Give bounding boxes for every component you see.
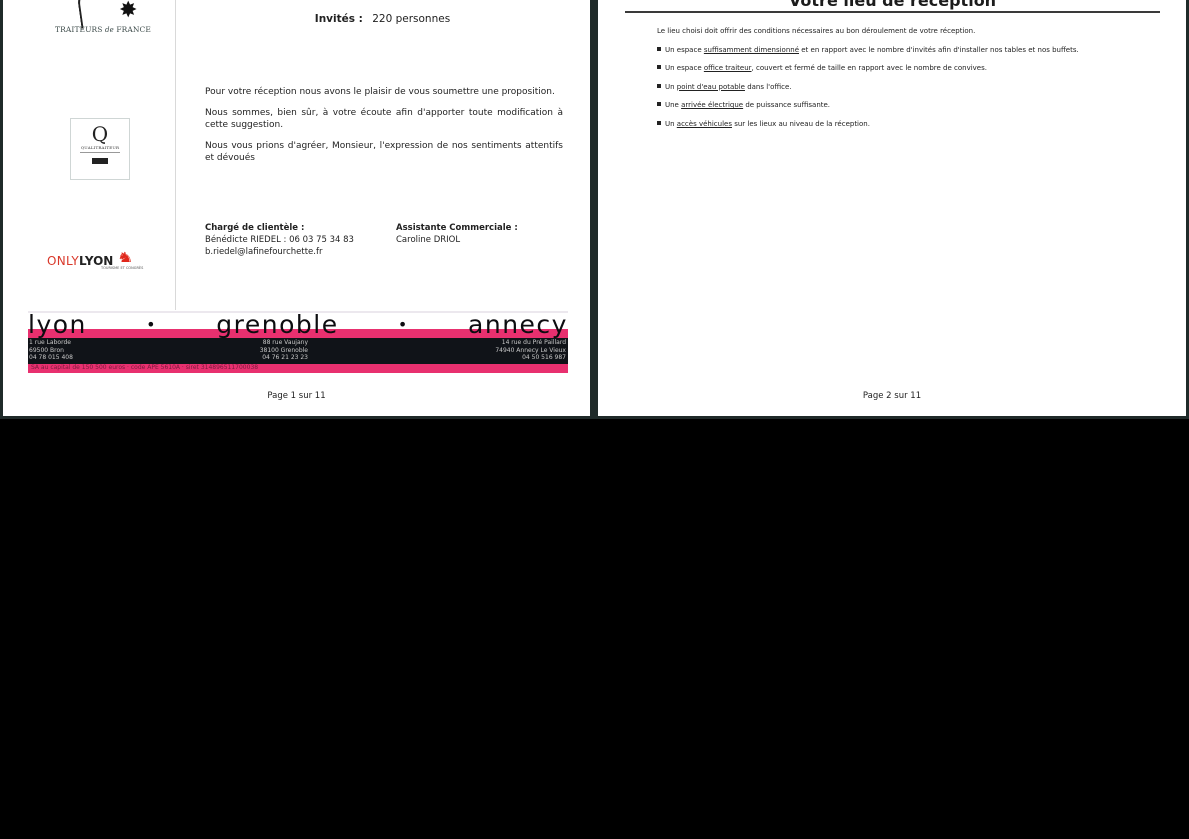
requirement-text: Un — [665, 83, 677, 91]
address-phone: 04 78 015 408 — [29, 354, 73, 362]
requirement-text: Un espace — [665, 64, 704, 72]
cover-letter: Pour votre réception nous avons le plais… — [205, 86, 563, 173]
requirement-item: Un espace office traiteur, couvert et fe… — [657, 64, 1127, 73]
requirement-emphasis: office traiteur — [704, 64, 752, 72]
square-bullet-icon — [657, 84, 661, 88]
assistant-contact: Assistante Commerciale : Caroline DRIOL — [396, 222, 518, 246]
requirement-emphasis: accès véhicules — [677, 120, 732, 128]
guest-count: Invités : 220 personnes — [175, 13, 590, 25]
square-bullet-icon — [657, 121, 661, 125]
requirement-emphasis: arrivée électrique — [681, 101, 743, 109]
lion-icon: ♞ — [116, 250, 134, 266]
requirement-item: Un point d'eau potable dans l'office. — [657, 83, 1127, 92]
requirement-text: , couvert et fermé de taille en rapport … — [752, 64, 987, 72]
page-number: Page 2 sur 11 — [598, 391, 1186, 401]
page-number: Page 1 sur 11 — [3, 391, 590, 401]
address-line: 1 rue Laborde — [29, 339, 73, 347]
square-bullet-icon — [657, 47, 661, 51]
requirement-emphasis: suffisamment dimensionné — [704, 46, 799, 54]
title-rule — [625, 11, 1160, 13]
requirement-item: Une arrivée électrique de puissance suff… — [657, 101, 1127, 110]
onlylyon-tagline: TOURISME ET CONGRÈS — [101, 266, 143, 270]
requirement-text: de puissance suffisante. — [743, 101, 830, 109]
account-manager-contact: Chargé de clientèle : Bénédicte RIEDEL :… — [205, 222, 354, 258]
column-divider — [175, 0, 176, 310]
intro-text: Le lieu choisi doit offrir des condition… — [657, 27, 1127, 36]
requirement-item: Un espace suffisamment dimensionné et en… — [657, 46, 1127, 55]
document-page-2[interactable]: Votre lieu de réception Le lieu choisi d… — [598, 0, 1186, 416]
address-annecy: 14 rue du Pré Paillard 74940 Annecy Le V… — [495, 339, 566, 362]
traiteurs-de-france-logo: ✸ TRAITEURS de FRANCE — [53, 0, 153, 40]
onlylyon-logo: ONLYLYON ♞ TOURISME ET CONGRÈS — [47, 250, 157, 276]
logo-word: FRANCE — [116, 25, 151, 34]
assistant-name: Caroline DRIOL — [396, 234, 518, 246]
banner-cities: lyon • grenoble • annecy — [28, 313, 568, 337]
address-phone: 04 50 516 987 — [495, 354, 566, 362]
letter-paragraph: Nous vous prions d'agréer, Monsieur, l'e… — [205, 140, 563, 164]
address-line: 14 rue du Pré Paillard — [495, 339, 566, 347]
guests-label: Invités : — [315, 13, 363, 25]
requirement-text: Un — [665, 120, 677, 128]
city-lyon: lyon — [28, 313, 87, 337]
requirement-item: Un accès véhicules sur les lieux au nive… — [657, 120, 1127, 129]
locations-banner: lyon • grenoble • annecy 1 rue Laborde 6… — [28, 316, 568, 373]
account-manager-title: Chargé de clientèle : — [205, 222, 354, 234]
logo-word: de — [105, 26, 114, 34]
logo-word: TRAITEURS — [55, 25, 103, 34]
address-line: 69500 Bron — [29, 347, 73, 355]
qualitraiteur-logo: Q QUALITRAITEUR — [70, 118, 130, 180]
requirement-text: Un espace — [665, 46, 704, 54]
assistant-title: Assistante Commerciale : — [396, 222, 518, 234]
qualitraiteur-q-mark: Q — [71, 123, 129, 145]
traiteurs-logo-text: TRAITEURS de FRANCE — [53, 25, 153, 34]
letter-paragraph: Pour votre réception nous avons le plais… — [205, 86, 563, 98]
guests-value: 220 personnes — [372, 13, 450, 25]
logo-rule — [80, 152, 120, 153]
square-bullet-icon — [657, 102, 661, 106]
requirement-emphasis: point d'eau potable — [677, 83, 745, 91]
square-bullet-icon — [657, 65, 661, 69]
onlylyon-only: ONLY — [47, 254, 79, 268]
requirement-text: sur les lieux au niveau de la réception. — [732, 120, 870, 128]
account-manager-phone: Bénédicte RIEDEL : 06 03 75 34 83 — [205, 234, 354, 246]
city-separator: • — [398, 313, 409, 337]
certification-badge-icon — [92, 158, 108, 164]
address-line: 74940 Annecy Le Vieux — [495, 347, 566, 355]
section-title: Votre lieu de réception — [625, 0, 1160, 10]
document-page-1[interactable]: ✸ TRAITEURS de FRANCE Q QUALITRAITEUR ON… — [3, 0, 590, 416]
address-lyon: 1 rue Laborde 69500 Bron 04 78 015 408 — [29, 339, 73, 362]
address-grenoble: 88 rue Vaujany 38100 Grenoble 04 76 21 2… — [228, 339, 308, 362]
venue-requirements: Le lieu choisi doit offrir des condition… — [657, 27, 1127, 138]
legal-mention: SA au capital de 150 500 euros · code AP… — [31, 364, 258, 372]
account-manager-email[interactable]: b.riedel@lafinefourchette.fr — [205, 246, 354, 258]
city-separator: • — [146, 313, 157, 337]
letter-paragraph: Nous sommes, bien sûr, à votre écoute af… — [205, 107, 563, 131]
address-phone: 04 76 21 23 23 — [228, 354, 308, 362]
city-grenoble: grenoble — [216, 313, 338, 337]
city-annecy: annecy — [468, 313, 568, 337]
star-icon: ✸ — [119, 0, 137, 22]
requirement-text: et en rapport avec le nombre d'invités a… — [799, 46, 1079, 54]
address-line: 38100 Grenoble — [228, 347, 308, 355]
requirement-text: dans l'office. — [745, 83, 792, 91]
qualitraiteur-name: QUALITRAITEUR — [71, 145, 129, 150]
requirement-text: Une — [665, 101, 681, 109]
address-line: 88 rue Vaujany — [228, 339, 308, 347]
